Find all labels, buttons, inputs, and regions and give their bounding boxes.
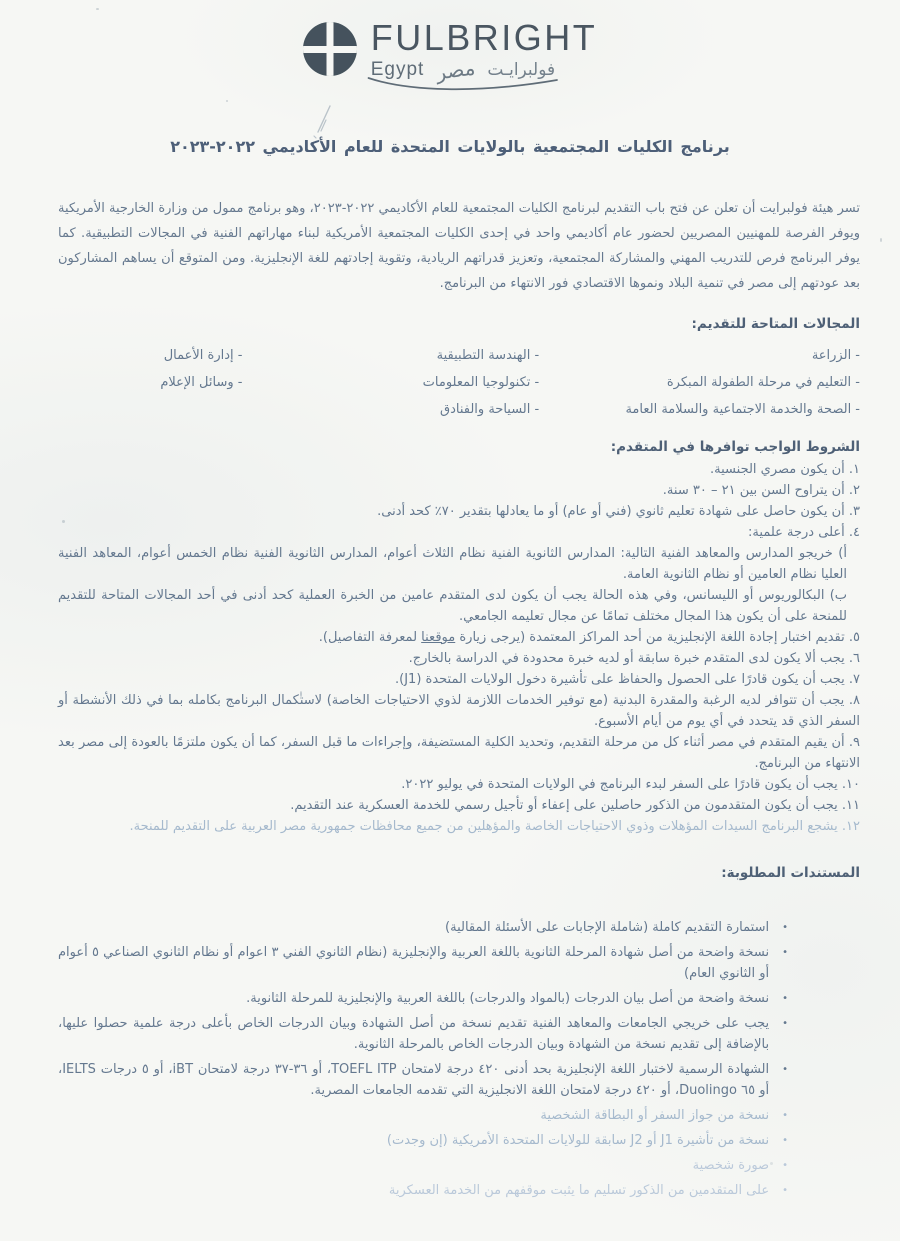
requirement-item: ٣. أن يكون حاصل على شهادة تعليم ثانوي (ف… xyxy=(58,501,860,522)
field-item: - الهندسة التطبيقية xyxy=(242,342,539,369)
fields-column-left: - إدارة الأعمال - وسائل الإعلام xyxy=(58,342,242,423)
document-item: •على المتقدمين من الذكور تسليم ما يثبت م… xyxy=(58,1180,788,1201)
document-item-text: استمارة التقديم كاملة (شاملة الإجابات عل… xyxy=(58,917,769,938)
scan-speck xyxy=(62,520,65,523)
logo-country-en: Egypt xyxy=(371,59,425,81)
globe-icon xyxy=(303,22,357,76)
logo-country-ar-calligraphy: مصر xyxy=(435,57,476,82)
document-item-text: صورة شخصية xyxy=(58,1155,769,1176)
field-item: - وسائل الإعلام xyxy=(58,369,242,396)
document-item: •نسخة من تأشيرة J1 أو J2 سابقة للولايات … xyxy=(58,1130,788,1151)
documents-section-heading: المستندات المطلوبة: xyxy=(58,863,860,883)
document-title: برنامج الكليات المجتمعية بالولايات المتح… xyxy=(0,137,900,156)
bullet-icon: • xyxy=(782,1059,788,1080)
fields-column-right: - الزراعة - التعليم في مرحلة الطفولة الم… xyxy=(539,342,860,423)
document-item: •نسخة واضحة من أصل بيان الدرجات (بالمواد… xyxy=(58,988,788,1009)
scan-speck xyxy=(226,100,228,102)
field-item: - التعليم في مرحلة الطفولة المبكرة xyxy=(539,369,860,396)
requirement-subitem-b: ب) البكالوريوس أو الليسانس، وفي هذه الحا… xyxy=(58,585,860,627)
requirement-item: ٥. تقديم اختبار إجادة اللغة الإنجليزية م… xyxy=(58,627,860,648)
requirement-item: ٦. يجب ألا يكون لدى المتقدم خبرة سابقة أ… xyxy=(58,648,860,669)
requirement-item: ٨. يجب أن تتوافر لديه الرغبة والمقدرة ال… xyxy=(58,690,860,732)
document-item: •يجب على خريجي الجامعات والمعاهد الفنية … xyxy=(58,1013,788,1055)
intro-paragraph: تسر هيئة فولبرايت أن تعلن عن فتح باب الت… xyxy=(58,196,860,296)
requirement-item5-after: لمعرفة التفاصيل). xyxy=(319,630,421,645)
requirement-item: ٩. أن يقيم المتقدم في مصر أثناء كل من مر… xyxy=(58,732,860,774)
scan-speck xyxy=(300,691,302,697)
requirement-item: ٢. أن يتراوح السن بين ٢١ – ٣٠ سنة. xyxy=(58,480,860,501)
requirement-item5-before: ٥. تقديم اختبار إجادة اللغة الإنجليزية م… xyxy=(455,630,860,645)
document-item: •صورة شخصية xyxy=(58,1155,788,1176)
website-link[interactable]: موقعنا xyxy=(421,630,455,645)
scan-speck xyxy=(770,1162,773,1165)
field-item: - إدارة الأعمال xyxy=(58,342,242,369)
document-item: •الشهادة الرسمية لاختبار اللغة الإنجليزي… xyxy=(58,1059,788,1101)
bullet-icon: • xyxy=(782,942,788,963)
document-item-text: نسخة من تأشيرة J1 أو J2 سابقة للولايات ا… xyxy=(58,1130,769,1151)
scanned-document-page: FULBRIGHT Egypt مصر فولبرايـت برنامج الك… xyxy=(0,0,900,1241)
field-item: - الصحة والخدمة الاجتماعية والسلامة العا… xyxy=(539,396,860,423)
brand-name: FULBRIGHT xyxy=(371,20,598,56)
logo-text: FULBRIGHT Egypt مصر فولبرايـت xyxy=(371,20,598,81)
document-item: •نسخة من جواز السفر أو البطاقة الشخصية xyxy=(58,1105,788,1126)
document-item-text: الشهادة الرسمية لاختبار اللغة الإنجليزية… xyxy=(58,1059,769,1101)
document-body: تسر هيئة فولبرايت أن تعلن عن فتح باب الت… xyxy=(0,196,900,1201)
fields-column-middle: - الهندسة التطبيقية - تكنولوجيا المعلوما… xyxy=(242,342,539,423)
bullet-icon: • xyxy=(782,1105,788,1126)
scan-speck xyxy=(96,8,99,10)
bullet-icon: • xyxy=(782,1013,788,1034)
document-item: •نسخة واضحة من أصل شهادة المرحلة الثانوي… xyxy=(58,942,788,984)
fulbright-logo: FULBRIGHT Egypt مصر فولبرايـت xyxy=(0,0,900,81)
document-item-text: على المتقدمين من الذكور تسليم ما يثبت مو… xyxy=(58,1180,769,1201)
field-item: - السياحة والفنادق xyxy=(242,396,539,423)
handwritten-mark xyxy=(306,102,340,146)
fields-grid: - الزراعة - التعليم في مرحلة الطفولة الم… xyxy=(58,342,860,423)
document-item-text: نسخة واضحة من أصل شهادة المرحلة الثانوية… xyxy=(58,942,769,984)
bullet-icon: • xyxy=(782,988,788,1009)
requirements-section-heading: الشروط الواجب توافرها في المتقدم: xyxy=(58,437,860,457)
requirements-list: ١. أن يكون مصري الجنسية. ٢. أن يتراوح ال… xyxy=(58,459,860,837)
requirement-item: ١. أن يكون مصري الجنسية. xyxy=(58,459,860,480)
fields-section-heading: المجالات المتاحة للتقديم: xyxy=(58,314,860,334)
requirement-item: ١٠. يجب أن يكون قادرًا على السفر لبدء ال… xyxy=(58,774,860,795)
logo-brand-ar: فولبرايـت xyxy=(487,60,555,80)
document-item-text: نسخة واضحة من أصل بيان الدرجات (بالمواد … xyxy=(58,988,769,1009)
field-item: - تكنولوجيا المعلومات xyxy=(242,369,539,396)
documents-list: •استمارة التقديم كاملة (شاملة الإجابات ع… xyxy=(58,917,860,1201)
document-item-text: نسخة من جواز السفر أو البطاقة الشخصية xyxy=(58,1105,769,1126)
scan-speck xyxy=(880,238,882,242)
requirement-item: ١١. يجب أن يكون المتقدمون من الذكور حاصل… xyxy=(58,795,860,816)
bullet-icon: • xyxy=(782,917,788,938)
document-item-text: يجب على خريجي الجامعات والمعاهد الفنية ت… xyxy=(58,1013,769,1055)
requirement-item: ٧. يجب أن يكون قادرًا على الحصول والحفاظ… xyxy=(58,669,860,690)
requirement-subitem-a: أ) خريجو المدارس والمعاهد الفنية التالية… xyxy=(58,543,860,585)
requirement-item: ١٢. يشجع البرنامج السيدات المؤهلات وذوي … xyxy=(58,816,860,837)
logo-subline: Egypt مصر فولبرايـت xyxy=(371,59,555,81)
field-item: - الزراعة xyxy=(539,342,860,369)
requirement-item: ٤. أعلى درجة علمية: xyxy=(58,522,860,543)
bullet-icon: • xyxy=(782,1180,788,1201)
bullet-icon: • xyxy=(782,1155,788,1176)
bullet-icon: • xyxy=(782,1130,788,1151)
document-item: •استمارة التقديم كاملة (شاملة الإجابات ع… xyxy=(58,917,788,938)
